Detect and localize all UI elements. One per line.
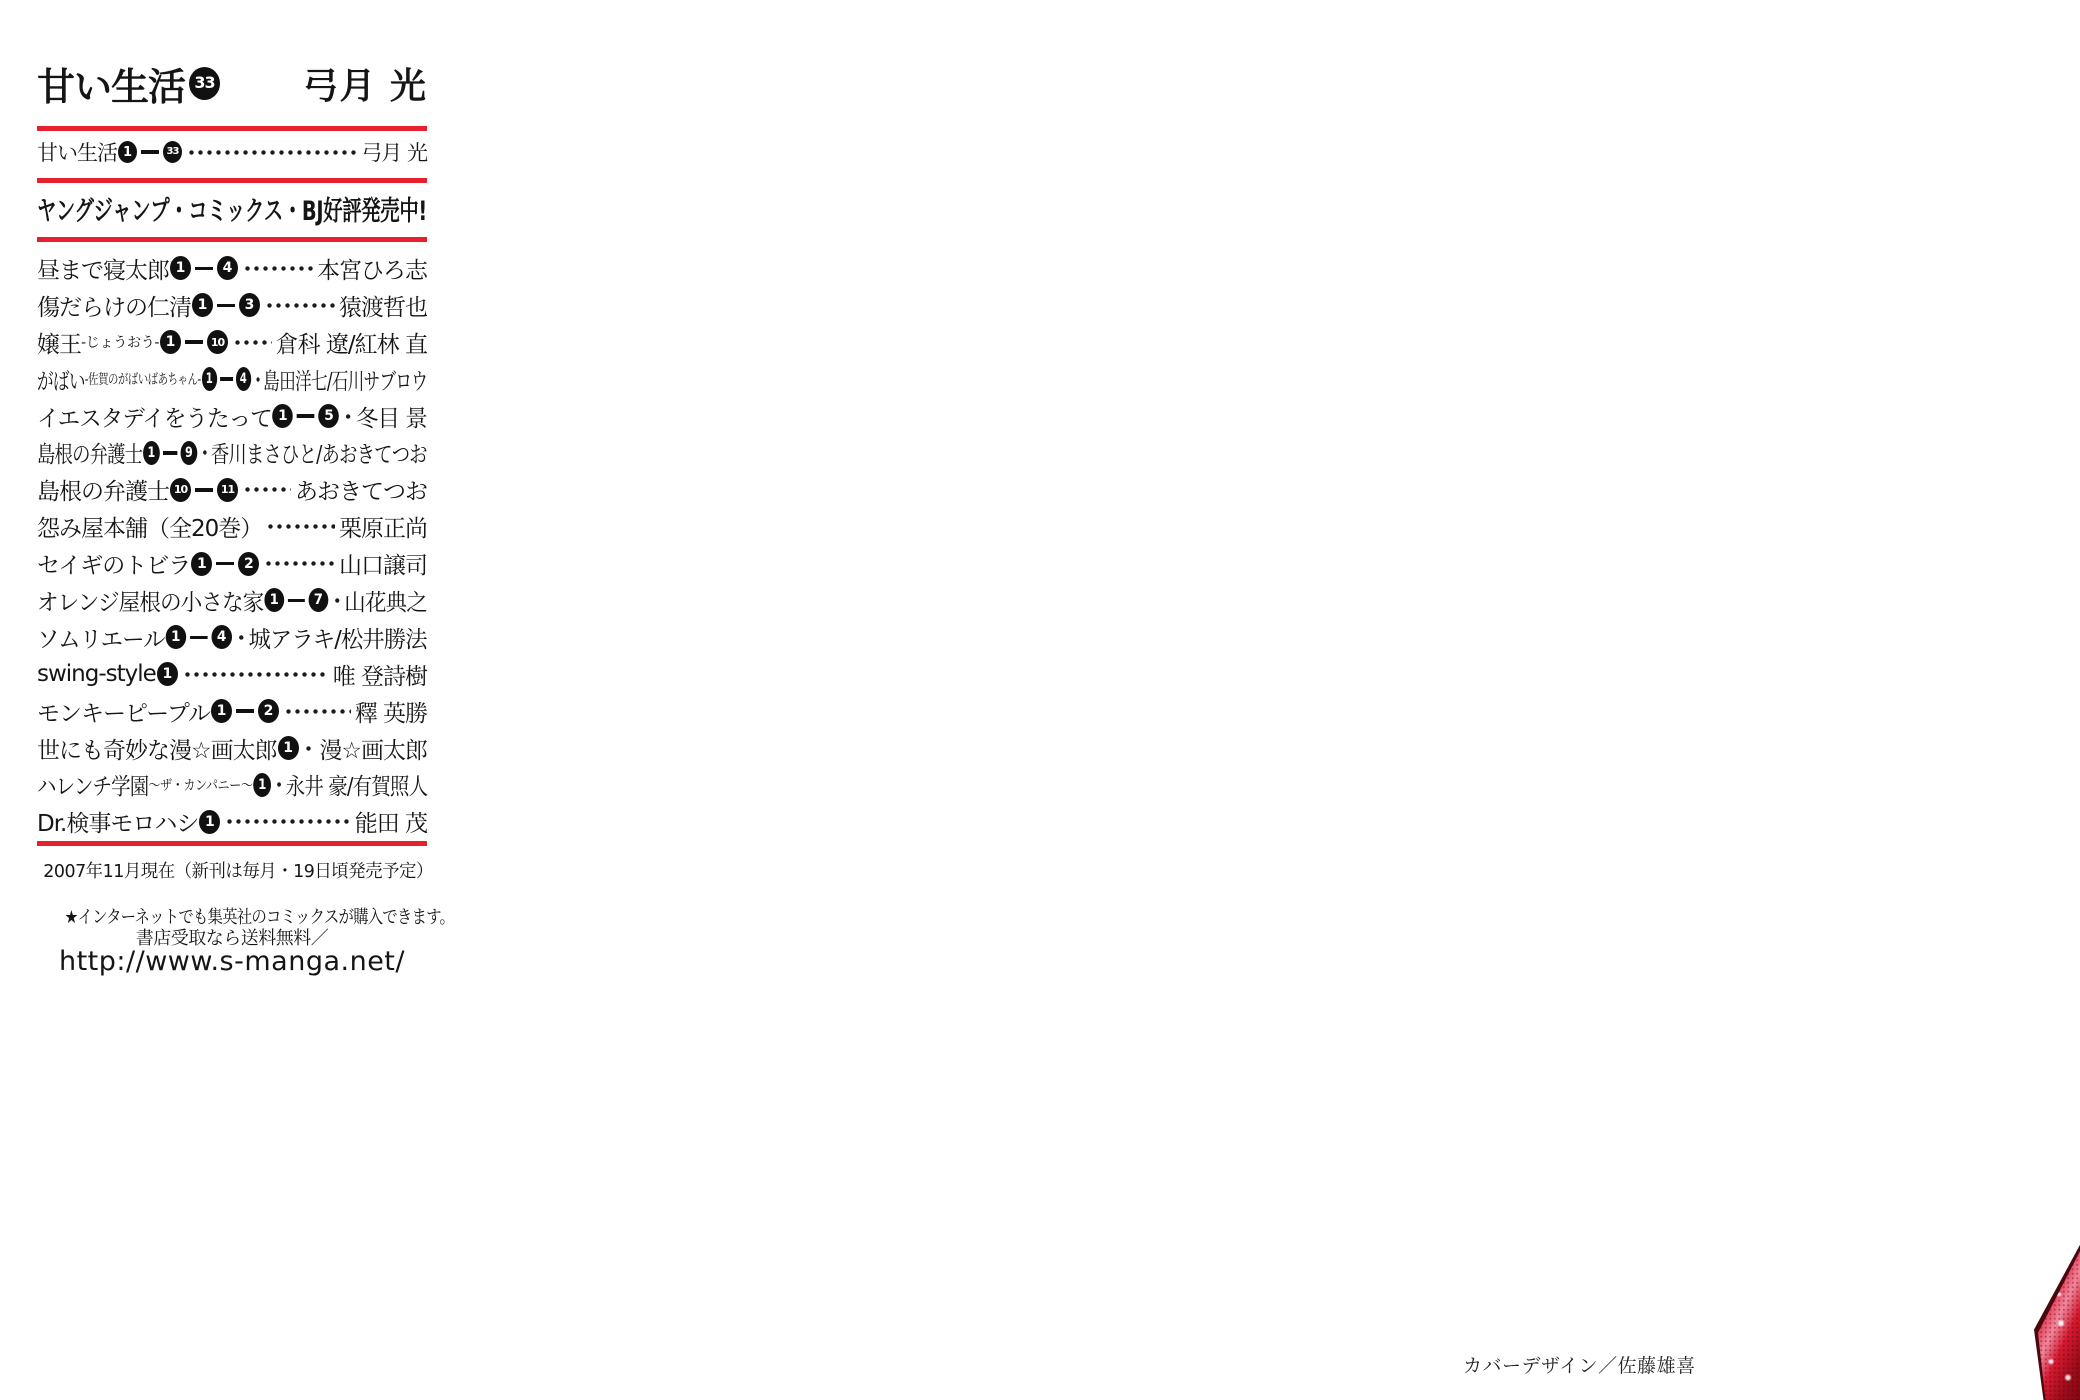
volume-start-badge: 1 — [202, 367, 217, 391]
volume-end-badge: 4 — [236, 367, 251, 391]
volume-end-badge: 9 — [181, 441, 198, 465]
volume-start-badge: 1 — [253, 773, 271, 797]
row-title: がばい — [37, 363, 85, 396]
volume-start-badge: 1 — [191, 552, 212, 576]
volume-dash — [236, 709, 254, 713]
masthead-title-group: 甘い生活 33 — [37, 56, 220, 111]
leader-dots — [304, 730, 316, 767]
red-rule-under-list — [37, 841, 427, 846]
row-title: ソムリエール — [37, 621, 165, 654]
volume-start-badge: 1 — [157, 662, 178, 686]
volume-start-badge: 1 — [199, 810, 220, 834]
volume-dash — [195, 488, 213, 492]
row-author: 釋 英勝 — [355, 695, 427, 728]
list-row: 島根の弁護士1011あおきてつお — [37, 471, 427, 508]
volume-dash — [141, 150, 159, 154]
row-author: 本宮ひろ志 — [317, 252, 427, 285]
book-author: 弓月 光 — [302, 58, 427, 109]
volume-start-badge: 1 — [118, 141, 137, 163]
list-row: 嬢王-じょうおう-110倉科 遼/紅林 直 — [37, 324, 427, 361]
leader-dots — [284, 693, 351, 730]
section-header: ヤングジャンプ・コミックス・BJ好評発売中! — [37, 189, 317, 227]
url-text: http://www.s-manga.net/ — [37, 946, 427, 977]
leader-dots — [333, 582, 341, 619]
volume-end-badge: 7 — [308, 588, 328, 612]
row-author: 冬目 景 — [356, 400, 427, 433]
series-author: 弓月 光 — [361, 137, 427, 167]
leader-dots — [254, 361, 260, 398]
volume-end-badge: 2 — [238, 552, 259, 576]
list-row: Dr.検事モロハシ1能田 茂 — [37, 803, 427, 840]
list-row: 怨み屋本舗（全20巻）栗原正尚 — [37, 508, 427, 545]
red-rule-top — [37, 126, 427, 131]
row-title: セイギのトビラ — [37, 547, 190, 580]
row-title: イエスタデイをうたって — [37, 400, 272, 433]
list-row: 傷だらけの仁清13猿渡哲也 — [37, 287, 427, 324]
row-author: 漫☆画太郎 — [319, 732, 427, 765]
list-row: 世にも奇妙な漫☆画太郎1漫☆画太郎 — [37, 730, 427, 767]
row-author: 倉科 遼/紅林 直 — [276, 326, 427, 359]
row-author: 能田 茂 — [355, 805, 427, 838]
row-author: 島田洋七/石川サブロウ — [263, 363, 427, 396]
row-title: オレンジ屋根の小さな家 — [37, 584, 263, 617]
leader-dots — [265, 287, 335, 324]
row-author: 猿渡哲也 — [339, 289, 427, 322]
volume-dash — [216, 562, 234, 566]
volume-dash — [163, 451, 177, 455]
series-line: 甘い生活 1 33 弓月 光 — [37, 137, 427, 167]
volume-dash — [190, 636, 208, 640]
corner-cover-art-texture — [2030, 1240, 2080, 1400]
row-title: 昼まで寝太郎 — [37, 252, 169, 285]
volume-start-badge: 1 — [170, 256, 191, 280]
leader-dots — [237, 619, 245, 656]
volume-start-badge: 1 — [278, 736, 299, 760]
row-subtitle: -じょうおう- — [81, 332, 159, 352]
volume-end-badge: 2 — [258, 699, 279, 723]
volume-dash — [217, 304, 235, 308]
leader-dots — [187, 137, 357, 167]
row-title: 島根の弁護士 — [37, 436, 142, 469]
row-title: モンキーピープル — [37, 695, 210, 728]
volume-start-badge: 10 — [170, 478, 191, 502]
corner-cover-art — [2030, 1240, 2080, 1400]
volume-dash — [297, 414, 315, 418]
row-title: 嬢王 — [37, 326, 81, 359]
row-title: 島根の弁護士 — [37, 473, 169, 506]
cover-design-credit: カバーデザイン／佐藤雄喜 — [1463, 1351, 1696, 1378]
volume-end-badge: 4 — [211, 625, 231, 649]
volume-end-badge: 5 — [319, 404, 340, 428]
red-rule-under-header — [37, 237, 427, 242]
red-rule-under-series — [37, 178, 427, 183]
series-title: 甘い生活 — [37, 137, 117, 167]
row-title: Dr.検事モロハシ — [37, 805, 198, 838]
section-header-text: ヤングジャンプ・コミックス・BJ好評発売中! — [37, 189, 427, 228]
volume-start-badge: 1 — [160, 330, 181, 354]
date-note: 2007年11月現在（新刊は毎月・19日頃発売予定） — [43, 857, 420, 883]
row-subtitle: 〜ザ・カンパニー〜 — [148, 775, 252, 795]
row-author: 栗原正尚 — [339, 510, 427, 543]
leader-dots — [243, 250, 313, 287]
volume-start-badge: 1 — [273, 404, 294, 428]
list-row: ソムリエール14城アラキ/松井勝法 — [37, 619, 417, 656]
leader-dots — [233, 324, 272, 361]
leader-dots — [344, 398, 352, 435]
row-author: あおきてつお — [295, 473, 427, 506]
volume-dash — [220, 377, 233, 381]
row-author: 城アラキ/松井勝法 — [248, 621, 426, 654]
volume-start-badge: 1 — [211, 699, 232, 723]
volume-end-badge: 11 — [217, 478, 238, 502]
volume-end-badge: 33 — [163, 141, 182, 163]
leader-dots — [266, 508, 335, 545]
page-background: { "colors": { "rule_red": "#e7202d", "ba… — [0, 0, 2080, 1400]
row-author: 永井 豪/有賀照人 — [286, 768, 428, 801]
row-title: 世にも奇妙な漫☆画太郎 — [37, 732, 277, 765]
row-author: 唯 登詩樹 — [333, 658, 427, 691]
list-row: swing-style1唯 登詩樹 — [37, 656, 427, 693]
volume-dash — [195, 267, 213, 271]
list-row: セイギのトビラ12山口譲司 — [37, 545, 427, 582]
leader-dots — [183, 656, 329, 693]
list-row: 昼まで寝太郎14本宮ひろ志 — [37, 250, 427, 287]
row-author: 香川まさひと/あおきてつお — [211, 436, 427, 469]
volume-end-badge: 10 — [207, 330, 228, 354]
row-author: 山口譲司 — [339, 547, 427, 580]
list-row: オレンジ屋根の小さな家17山花典之 — [37, 582, 404, 619]
leader-dots — [275, 766, 282, 803]
volume-start-badge: 1 — [264, 588, 284, 612]
volume-start-badge: 1 — [192, 293, 213, 317]
list-row: 島根の弁護士19香川まさひと/あおきてつお — [37, 434, 348, 471]
volume-end-badge: 3 — [239, 293, 260, 317]
leader-dots — [264, 545, 335, 582]
list-row: イエスタデイをうたって15冬目 景 — [37, 398, 419, 435]
volume-end-badge: 4 — [217, 256, 238, 280]
leader-dots — [201, 434, 207, 471]
volume-dash — [288, 599, 305, 603]
list-row: モンキーピープル12釋 英勝 — [37, 693, 427, 730]
row-title: swing-style — [37, 661, 156, 687]
list-row: がばい-佐賀のがばいばあちゃん-14島田洋七/石川サブロウ — [37, 361, 319, 398]
leader-dots — [243, 471, 291, 508]
row-author: 山花典之 — [344, 584, 427, 617]
series-list: 昼まで寝太郎14本宮ひろ志傷だらけの仁清13猿渡哲也嬢王-じょうおう-110倉科… — [37, 250, 427, 840]
row-title: 怨み屋本舗（全20巻） — [37, 510, 262, 543]
volume-dash — [185, 340, 203, 344]
row-title: 傷だらけの仁清 — [37, 289, 191, 322]
volume-start-badge: 1 — [166, 625, 186, 649]
row-title: ハレンチ学園 — [37, 768, 148, 801]
list-row: ハレンチ学園〜ザ・カンパニー〜1永井 豪/有賀照人 — [37, 766, 368, 803]
masthead: 甘い生活 33 弓月 光 — [37, 58, 427, 108]
book-title: 甘い生活 — [37, 56, 185, 111]
volume-start-badge: 1 — [143, 441, 160, 465]
book-volume-badge: 33 — [189, 67, 220, 100]
row-subtitle: -佐賀のがばいばあちゃん- — [85, 369, 201, 389]
leader-dots — [225, 803, 350, 840]
